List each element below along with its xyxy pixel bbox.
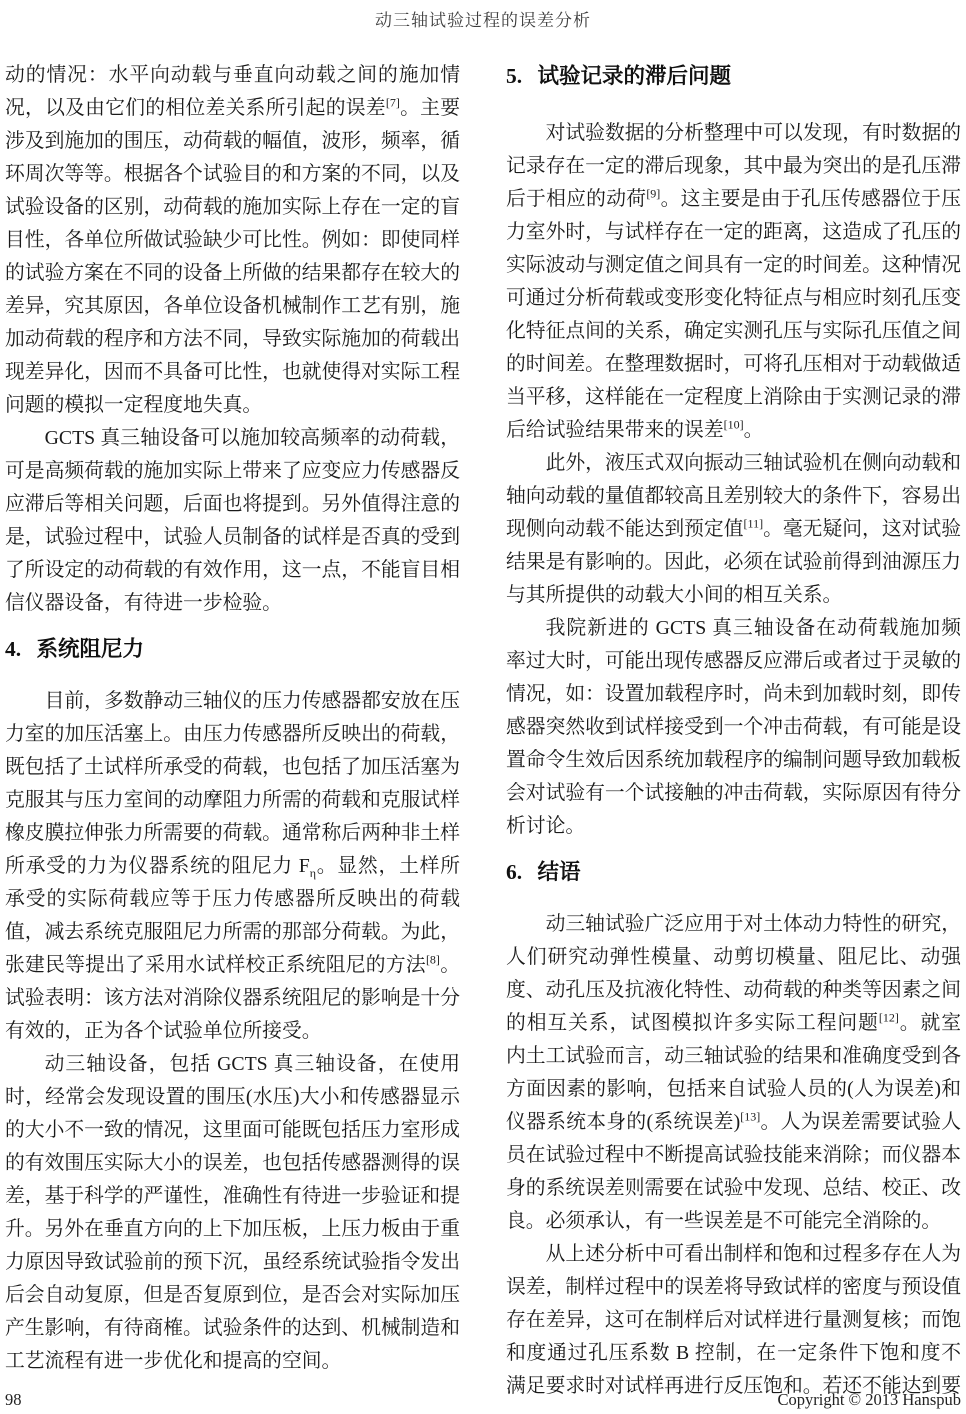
- right-column: 5. 试验记录的滞后问题 对试验数据的分析整理中可以发现，有时数据的记录存在一定…: [506, 59, 961, 1403]
- paragraph: 此外，液压式双向振动三轴试验机在侧向动载和轴向动载的量值都较高且差别较大的条件下…: [506, 447, 961, 612]
- two-column-body: 动的情况：水平向动载与垂直向动载之间的施加情况，以及由它们的相位差关系所引起的误…: [5, 59, 961, 1403]
- section-heading-6: 6. 结语: [506, 857, 961, 887]
- section-title: 试验记录的滞后问题: [538, 64, 732, 88]
- section-number: 6.: [506, 860, 522, 884]
- paragraph: 从上述分析中可看出制样和饱和过程多存在人为误差，制样过程中的误差将导致试样的密度…: [506, 1238, 961, 1403]
- paragraph: 动三轴试验广泛应用于对土体动力特性的研究，人们研究动弹性模量、动剪切模量、阻尼比…: [506, 908, 961, 1238]
- section-heading-5: 5. 试验记录的滞后问题: [506, 61, 961, 91]
- paragraph: GCTS 真三轴设备可以施加较高频率的动荷载，可是高频荷载的施加实际上带来了应变…: [5, 422, 460, 620]
- page-title: 动三轴试验过程的误差分析: [0, 0, 966, 31]
- section-title: 系统阻尼力: [37, 637, 145, 661]
- paragraph: 动三轴设备，包括 GCTS 真三轴设备，在使用时，经常会发现设置的围压(水压)大…: [5, 1048, 460, 1378]
- paragraph: 我院新进的 GCTS 真三轴设备在动荷载施加频率过大时，可能出现传感器反应滞后或…: [506, 612, 961, 843]
- section-number: 5.: [506, 64, 522, 88]
- paragraph: 对试验数据的分析整理中可以发现，有时数据的记录存在一定的滞后现象，其中最为突出的…: [506, 117, 961, 447]
- section-number: 4.: [5, 637, 21, 661]
- paragraph: 目前，多数静动三轴仪的压力传感器都安放在压力室的加压活塞上。由压力传感器所反映出…: [5, 685, 460, 1048]
- section-title: 结语: [538, 860, 581, 884]
- copyright-notice: Copyright © 2013 Hanspub: [778, 1390, 962, 1410]
- section-heading-4: 4. 系统阻尼力: [5, 634, 460, 664]
- paragraph-continuation: 动的情况：水平向动载与垂直向动载之间的施加情况，以及由它们的相位差关系所引起的误…: [5, 59, 460, 422]
- page-number: 98: [5, 1390, 22, 1410]
- left-column: 动的情况：水平向动载与垂直向动载之间的施加情况，以及由它们的相位差关系所引起的误…: [5, 59, 460, 1403]
